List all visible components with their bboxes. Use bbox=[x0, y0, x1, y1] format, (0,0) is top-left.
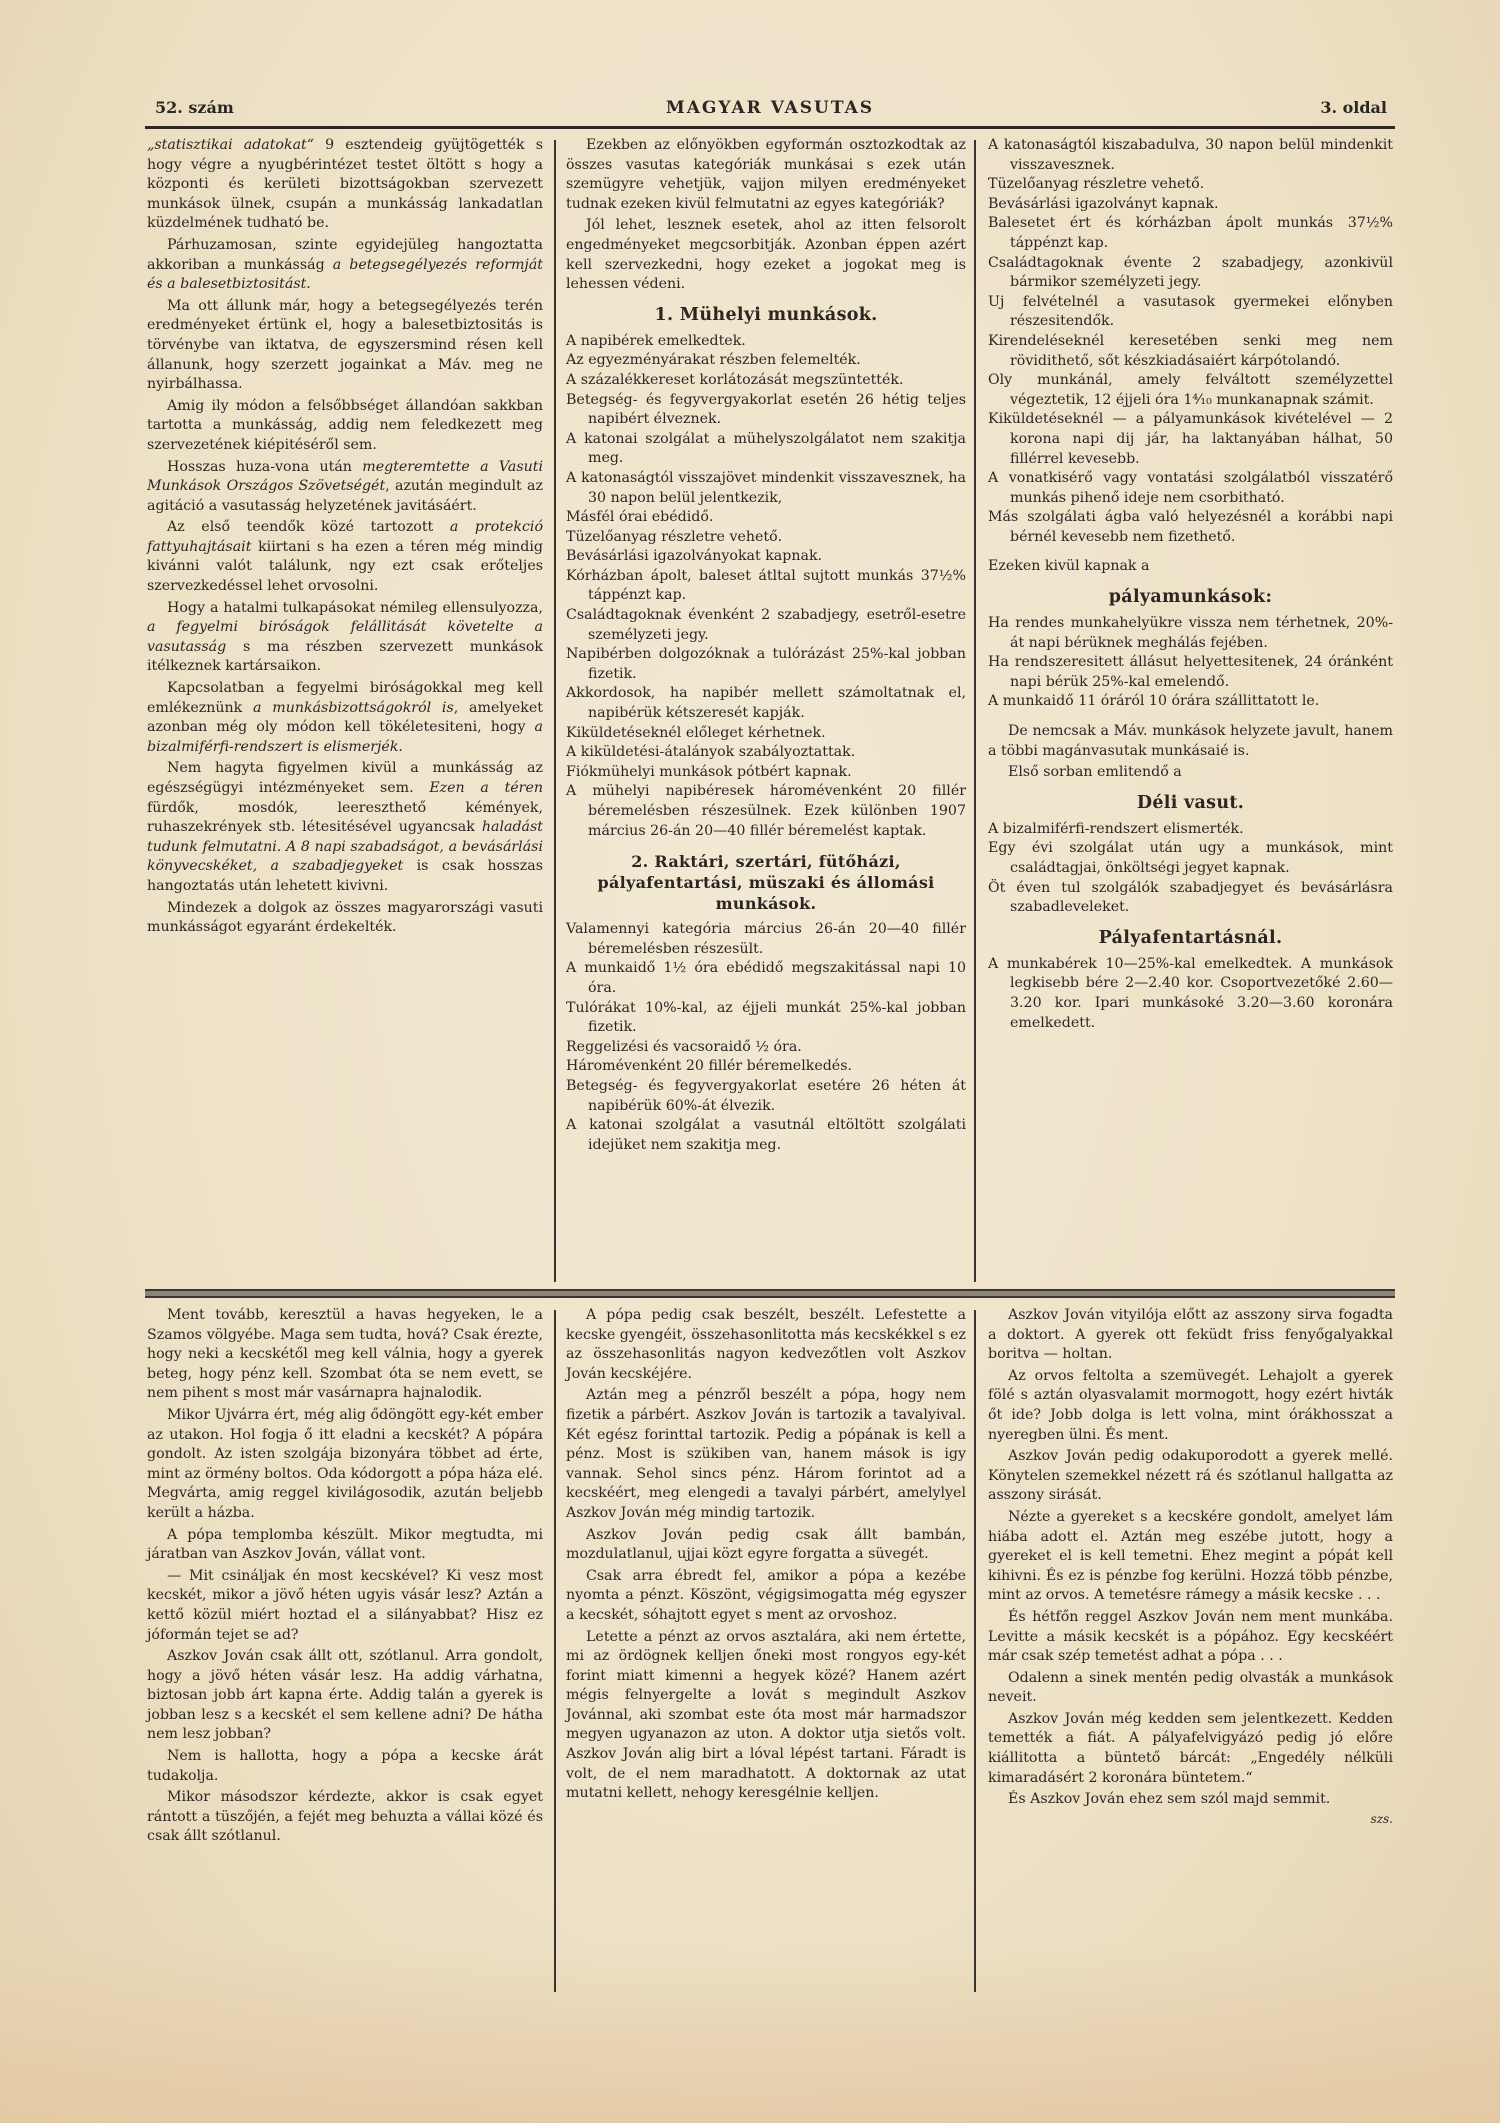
article-column-2: Ezekben az előnyökben egyformán osztozko… bbox=[566, 136, 966, 1155]
benefit-list: A napibérek emelkedtek.Az egyezményáraka… bbox=[566, 332, 966, 841]
list-item: A munkaidő 1½ óra ebédidő megszakitással… bbox=[566, 959, 966, 998]
list-item: Betegség- és fegyvergyakorlat esetére 26… bbox=[566, 1077, 966, 1116]
list-item: A vonatkisérő vagy vontatási szolgálatbó… bbox=[988, 469, 1393, 508]
author-signature: szs. bbox=[988, 1810, 1393, 1830]
list-item: Másfél órai ebédidő. bbox=[566, 508, 966, 528]
section-heading: Déli vasut. bbox=[988, 793, 1393, 814]
list-item: Reggelizési és vacsoraidő ½ óra. bbox=[566, 1038, 966, 1058]
paragraph: Aztán meg a pénzről beszélt a pópa, hogy… bbox=[566, 1386, 966, 1523]
paragraph: Hosszas huza-vona után megteremtette a V… bbox=[147, 458, 543, 517]
list-item: Tulórákat 10%-kal, az éjjeli munkát 25%-… bbox=[566, 999, 966, 1038]
list-item: Egy évi szolgálat után ugy a munkások, m… bbox=[988, 839, 1393, 878]
list-item: Kirendeléseknél keresetében senki meg ne… bbox=[988, 332, 1393, 371]
list-item: Családtagoknak évenként 2 szabadjegy, es… bbox=[566, 606, 966, 645]
list-item: Balesetet ért és kórházban ápolt munkás … bbox=[988, 214, 1393, 253]
list-item: A mühelyi napibéresek háromévenként 20 f… bbox=[566, 782, 966, 841]
list-item: Fiókmühelyi munkások pótbért kapnak. bbox=[566, 763, 966, 783]
paragraph: Aszkov Jován pedig odakuporodott a gyere… bbox=[988, 1447, 1393, 1506]
italic-span: „statisztikai adatokat“ bbox=[147, 137, 314, 153]
paragraph: Aszkov Jován még kedden sem jelentkezett… bbox=[988, 1710, 1393, 1788]
paragraph: Nem hagyta figyelmen kivül a munkásság a… bbox=[147, 759, 543, 896]
section-heading: Pályafentartásnál. bbox=[988, 928, 1393, 949]
paragraph: Csak arra ébredt fel, amikor a pópa a ke… bbox=[566, 1567, 966, 1626]
list-item: A katonaságtól kiszabadulva, 30 napon be… bbox=[988, 136, 1393, 175]
paragraph: Kapcsolatban a fegyelmi biróságokkal meg… bbox=[147, 679, 543, 757]
text-span: Hogy a hatalmi tulkapásokat némileg elle… bbox=[167, 600, 543, 616]
paragraph: Letette a pénzt az orvos asztalára, aki … bbox=[566, 1628, 966, 1804]
paragraph: A pópa pedig csak beszélt, beszélt. Lefe… bbox=[566, 1306, 966, 1384]
paragraph: Nem is hallotta, hogy a pópa a kecske ár… bbox=[147, 1747, 543, 1786]
paragraph: Odalenn a sinek mentén pedig olvasták a … bbox=[988, 1669, 1393, 1708]
story-column-3: Aszkov Jován vityilója előtt az asszony … bbox=[988, 1306, 1393, 1829]
text-span: Hosszas huza-vona után bbox=[167, 459, 362, 475]
paragraph: Aszkov Jován csak állt ott, szótlanul. A… bbox=[147, 1647, 543, 1745]
article-column-3: A katonaságtól kiszabadulva, 30 napon be… bbox=[988, 136, 1393, 1033]
list-item: Háromévenként 20 fillér béremelkedés. bbox=[566, 1057, 966, 1077]
paragraph: Mindezek a dolgok az összes magyarország… bbox=[147, 899, 543, 938]
paragraph: Az első teendők közé tartozott a protekc… bbox=[147, 518, 543, 596]
italic-span: a munkásbizottságokról is bbox=[253, 700, 454, 716]
list-item: Uj felvételnél a vasutasok gyermekei elő… bbox=[988, 293, 1393, 332]
list-item: A katonai szolgálat a vasutnál eltöltött… bbox=[566, 1116, 966, 1155]
paragraph: Aszkov Jován pedig csak állt bambán, moz… bbox=[566, 1526, 966, 1565]
list-item: Családtagoknak évente 2 szabadjegy, azon… bbox=[988, 254, 1393, 293]
benefit-list: Valamennyi kategória március 26-án 20—40… bbox=[566, 920, 966, 1155]
list-item: A munkaidő 11 óráról 10 órára szállittat… bbox=[988, 692, 1393, 712]
list-item: Akkordosok, ha napibér mellett számoltat… bbox=[566, 684, 966, 723]
list-item: A katonai szolgálat a mühelyszolgálatot … bbox=[566, 430, 966, 469]
paragraph: Mikor Ujvárra ért, még alig ődöngött egy… bbox=[147, 1406, 543, 1524]
paragraph: Jól lehet, lesznek esetek, ahol az itten… bbox=[566, 216, 966, 294]
list-item: Kiküldetéseknél — a pályamunkások kivéte… bbox=[988, 410, 1393, 469]
list-item: A kiküldetési-átalányok szabályoztattak. bbox=[566, 743, 966, 763]
list-item: Tüzelőanyag részletre vehető. bbox=[988, 175, 1393, 195]
paragraph: Ment tovább, keresztül a havas hegyeken,… bbox=[147, 1306, 543, 1404]
benefit-list: A katonaságtól kiszabadulva, 30 napon be… bbox=[988, 136, 1393, 547]
italic-span: Ezen a téren bbox=[429, 780, 543, 796]
story-column-1: Ment tovább, keresztül a havas hegyeken,… bbox=[147, 1306, 543, 1847]
column-divider bbox=[974, 1310, 976, 1992]
paragraph: Nézte a gyereket s a kecskére gondolt, a… bbox=[988, 1508, 1393, 1606]
benefit-list: A munkabérek 10—25%-kal emelkedtek. A mu… bbox=[988, 955, 1393, 1033]
list-item: Kiküldetéseknél előleget kérhetnek. bbox=[566, 724, 966, 744]
story-text: Ment tovább, keresztül a havas hegyeken,… bbox=[147, 1306, 543, 1847]
paragraph: Ezeken kivül kapnak a bbox=[988, 557, 1393, 577]
list-item: Ha rendes munkahelyükre vissza nem térhe… bbox=[988, 614, 1393, 653]
list-item: Az egyezményárakat részben felemelték. bbox=[566, 351, 966, 371]
list-item: A napibérek emelkedtek. bbox=[566, 332, 966, 352]
list-item: Ha rendszeresitett állásut helyettesiten… bbox=[988, 653, 1393, 692]
page-number: 3. oldal bbox=[1320, 98, 1387, 117]
paragraph: Hogy a hatalmi tulkapásokat némileg elle… bbox=[147, 599, 543, 677]
paragraph: Első sorban emlitendő a bbox=[988, 763, 1393, 783]
list-item: A bizalmiférfi-rendszert elismerték. bbox=[988, 820, 1393, 840]
story-text: Aszkov Jován vityilója előtt az asszony … bbox=[988, 1306, 1393, 1810]
list-item: Bevásárlási igazolványt kapnak. bbox=[988, 195, 1393, 215]
list-item: Betegség- és fegyvergyakorlat esetén 26 … bbox=[566, 391, 966, 430]
newspaper-title: MAGYAR VASUTAS bbox=[145, 98, 1395, 118]
paragraph: — Mit csináljak én most kecskével? Ki ve… bbox=[147, 1567, 543, 1645]
paragraph: Ezekben az előnyökben egyformán osztozko… bbox=[566, 136, 966, 214]
paragraph: A pópa templomba készült. Mikor megtudta… bbox=[147, 1526, 543, 1565]
paragraph: És hétfőn reggel Aszkov Jován nem ment m… bbox=[988, 1608, 1393, 1667]
column-divider bbox=[554, 140, 556, 1282]
list-item: Tüzelőanyag részletre vehető. bbox=[566, 528, 966, 548]
list-item: A százalékkereset korlátozását megszünte… bbox=[566, 371, 966, 391]
list-item: A munkabérek 10—25%-kal emelkedtek. A mu… bbox=[988, 955, 1393, 1033]
paragraph: Amig ily módon a felsőbbséget állandóan … bbox=[147, 397, 543, 456]
list-item: A katonaságtól visszajövet mindenkit vis… bbox=[566, 469, 966, 508]
paragraph: De nemcsak a Máv. munkások helyzete javu… bbox=[988, 722, 1393, 761]
list-item: Kórházban ápolt, baleset átltal sujtott … bbox=[566, 567, 966, 606]
list-item: Oly munkánál, amely felváltott személyze… bbox=[988, 371, 1393, 410]
paragraph: Aszkov Jován vityilója előtt az asszony … bbox=[988, 1306, 1393, 1365]
header-rule bbox=[145, 126, 1395, 129]
paragraph: Ma ott állunk már, hogy a betegsegélyezé… bbox=[147, 297, 543, 395]
column-divider bbox=[554, 1310, 556, 1992]
list-item: Öt éven tul szolgálók szabadjegyet és be… bbox=[988, 879, 1393, 918]
story-column-2: A pópa pedig csak beszélt, beszélt. Lefe… bbox=[566, 1306, 966, 1804]
paragraph: Az orvos feltolta a szemüvegét. Lehajolt… bbox=[988, 1367, 1393, 1445]
section-heading: 1. Mühelyi munkások. bbox=[566, 305, 966, 326]
paragraph: „statisztikai adatokat“ 9 esztendeig gyü… bbox=[147, 136, 543, 234]
benefit-list: A bizalmiférfi-rendszert elismerték.Egy … bbox=[988, 820, 1393, 918]
section-separator-rule bbox=[145, 1289, 1395, 1298]
section-heading: pályamunkások: bbox=[988, 587, 1393, 608]
column-divider bbox=[974, 140, 976, 1282]
paragraph: Mikor másodszor kérdezte, akkor is csak … bbox=[147, 1788, 543, 1847]
benefit-list: Ha rendes munkahelyükre vissza nem térhe… bbox=[988, 614, 1393, 712]
story-text: A pópa pedig csak beszélt, beszélt. Lefe… bbox=[566, 1306, 966, 1804]
text-span: Az első teendők közé tartozott bbox=[167, 519, 450, 535]
paragraph: Párhuzamosan, szinte egyidejüleg hangozt… bbox=[147, 236, 543, 295]
list-item: Napibérben dolgozóknak a tulórázást 25%-… bbox=[566, 645, 966, 684]
paragraph: És Aszkov Jován ehez sem szól majd semmi… bbox=[988, 1790, 1393, 1810]
article-column-1: „statisztikai adatokat“ 9 esztendeig gyü… bbox=[147, 136, 543, 938]
running-header: 52. szám MAGYAR VASUTAS 3. oldal bbox=[145, 98, 1395, 124]
paper-tint bbox=[0, 1943, 1500, 2123]
list-item: Valamennyi kategória március 26-án 20—40… bbox=[566, 920, 966, 959]
list-item: Más szolgálati ágba való helyezésnél a k… bbox=[988, 508, 1393, 547]
section-heading: 2. Raktári, szertári, fütőházi, pályafen… bbox=[566, 851, 966, 914]
list-item: Bevásárlási igazolványokat kapnak. bbox=[566, 547, 966, 567]
